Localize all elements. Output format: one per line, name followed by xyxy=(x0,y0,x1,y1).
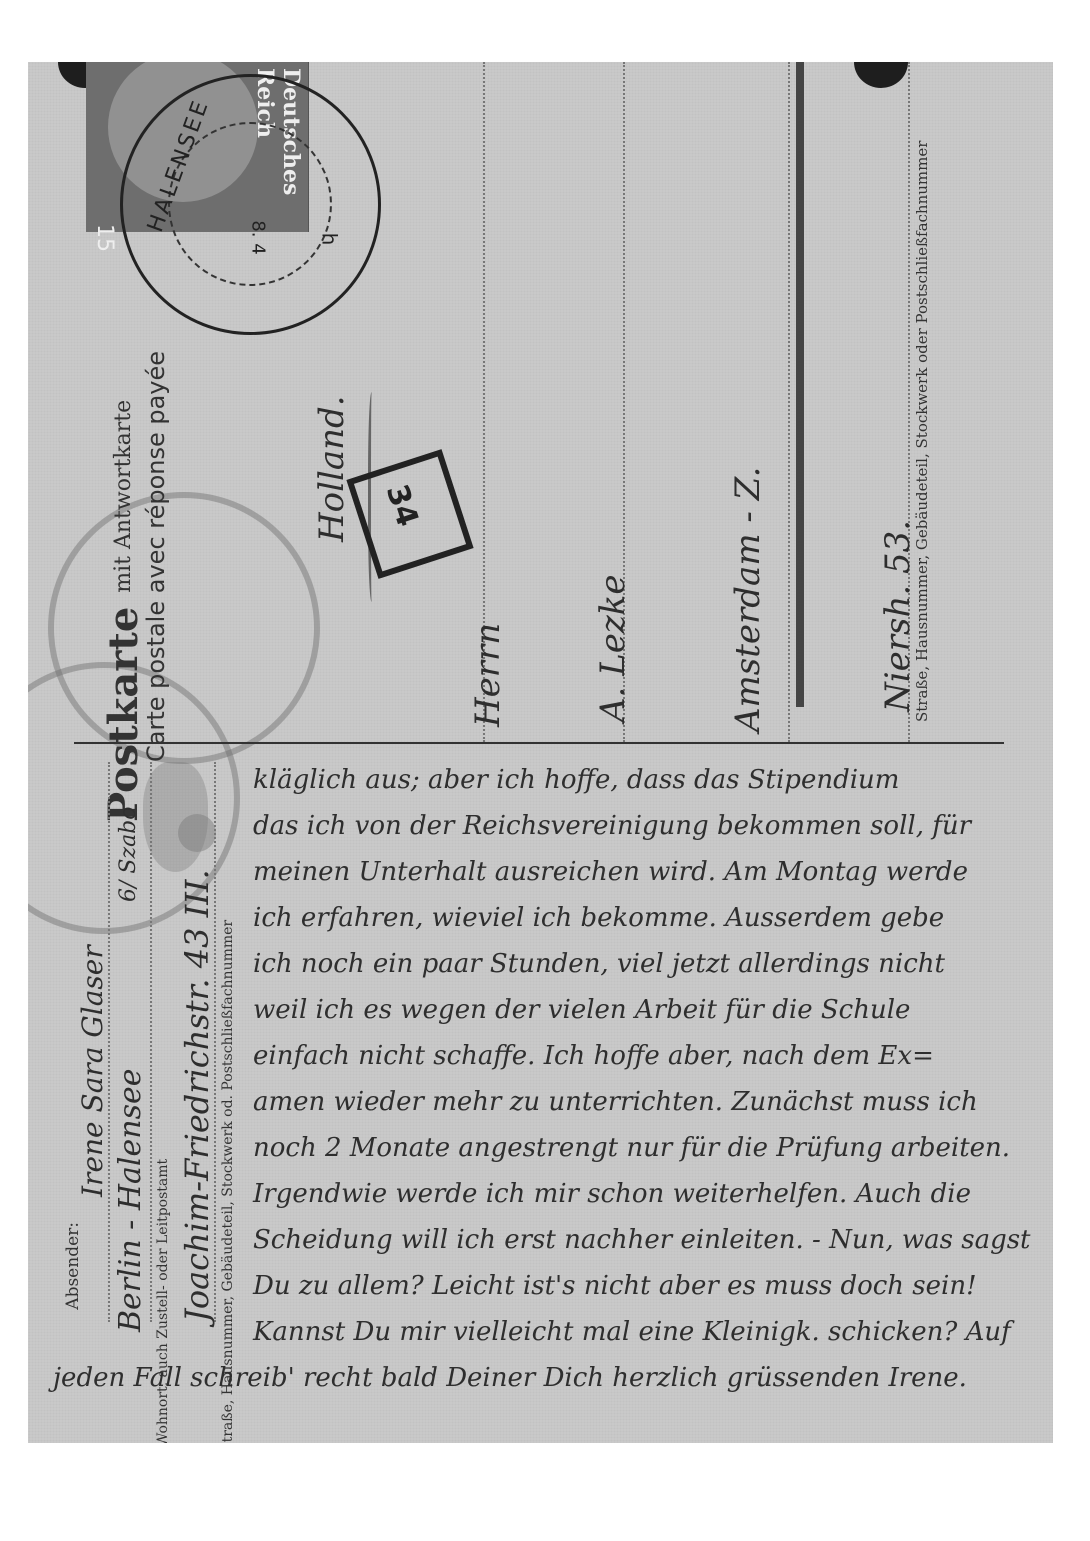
message-line: meinen Unterhalt ausreichen wird. Am Mon… xyxy=(253,849,1053,895)
censor-mark-number: 34 xyxy=(379,480,425,531)
message-line: ich noch ein paar Stunden, viel jetzt al… xyxy=(253,941,1053,987)
address-city-rule xyxy=(796,62,804,707)
sender-city: Berlin - Halensee xyxy=(113,1012,148,1332)
message-line: ich erfahren, wieviel ich bekomme. Ausse… xyxy=(253,895,1053,941)
sender-floor: 6/ Szabo xyxy=(116,782,141,902)
handwritten-message: kläglich aus; aber ich hoffe, dass das S… xyxy=(253,757,1053,1401)
recipient-country: Holland. xyxy=(312,362,352,542)
sender-street-caption: Straße, Hausnummer, Gebäudeteil, Stockwe… xyxy=(220,762,236,1443)
message-line: das ich von der Reichsvereinigung bekomm… xyxy=(253,803,1053,849)
postcard-title-french: Carte postale avec réponse payée xyxy=(142,442,170,762)
postmark-date: 8. 4 xyxy=(248,220,269,254)
postmark-cancel: HALENSEE 8. 4 h xyxy=(120,74,381,335)
message-line: Irgendwie werde ich mir schon weiterhelf… xyxy=(253,1171,1053,1217)
punch-hole-right xyxy=(854,62,908,88)
message-line: einfach nicht schaffe. Ich hoffe aber, n… xyxy=(253,1033,1053,1079)
recipient-salutation: Herrn xyxy=(468,567,508,727)
postmark-letter: h xyxy=(317,233,341,246)
message-line: weil ich es wegen der vielen Arbeit für … xyxy=(253,987,1053,1033)
sender-label: Absender: xyxy=(63,1222,83,1310)
recipient-street-caption: Straße, Hausnummer, Gebäudeteil, Stockwe… xyxy=(913,102,931,722)
message-line: Scheidung will ich erst nachher einleite… xyxy=(253,1217,1053,1263)
message-line: noch 2 Monate angestrengt nur für die Pr… xyxy=(253,1125,1053,1171)
message-line: amen wieder mehr zu unterrichten. Zunäch… xyxy=(253,1079,1053,1125)
stamp-value: 15 xyxy=(92,224,117,252)
message-line: Kannst Du mir vielleicht mal eine Kleini… xyxy=(253,1309,1053,1355)
recipient-street: Niersh. 53. xyxy=(878,462,918,712)
postcard-title-suffix: mit Antwortkarte xyxy=(111,400,136,593)
censor-mark-box: 34 xyxy=(346,449,473,579)
sender-street: Joachim-Friedrichstr. 43 III. xyxy=(178,872,216,1322)
message-line: kläglich aus; aber ich hoffe, dass das S… xyxy=(253,757,1053,803)
sender-name: Irene Sara Glaser xyxy=(76,867,109,1197)
recipient-city: Amsterdam - Z. xyxy=(728,332,768,732)
recipient-name: A. Lezke xyxy=(593,462,633,722)
postcard-scan: 15 Deutsches Reich HALENSEE 8. 4 h Postk… xyxy=(28,62,1053,1443)
message-line: Du zu allem? Leicht ist's nicht aber es … xyxy=(253,1263,1053,1309)
message-divider xyxy=(74,742,1004,744)
emblem-circle-icon xyxy=(178,814,216,852)
sender-dotted-line-2 xyxy=(150,762,152,1322)
message-closing-line: jeden Fall schreib' recht bald Deiner Di… xyxy=(53,1355,1053,1401)
address-dotted-line-3 xyxy=(788,62,790,742)
